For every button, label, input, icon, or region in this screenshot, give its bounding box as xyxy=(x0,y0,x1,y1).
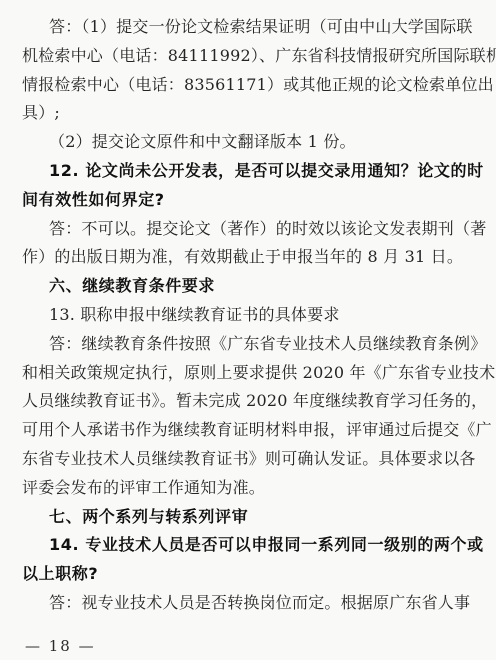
answer-13-line: 评委会发布的评审工作通知为准。 xyxy=(22,474,478,503)
answer-12-line: 作）的出版日期为准，有效期截止于申报当年的 8 月 31 日。 xyxy=(22,243,478,272)
answer-13-line: 东省专业技术人员继续教育证书》则可确认发证。具体要求以各 xyxy=(22,445,478,474)
answer-item-2-line: （2）提交论文原件和中文翻译版本 1 份。 xyxy=(22,128,478,157)
document-page: 答：（1）提交一份论文检索结果证明（可由中山大学国际联 机检索中心（电话：841… xyxy=(0,0,496,660)
answer-13-line: 和相关政策规定执行，原则上要求提供 2020 年《广东省专业技术 xyxy=(22,359,478,388)
document-body: 答：（1）提交一份论文检索结果证明（可由中山大学国际联 机检索中心（电话：841… xyxy=(22,13,478,618)
answer-13-line: 人员继续教育证书》。暂未完成 2020 年度继续教育学习任务的， xyxy=(22,387,478,416)
page-number: — 18 — xyxy=(25,632,96,660)
section-six-heading: 六、继续教育条件要求 xyxy=(22,272,478,301)
answer-12-line: 答：不可以。提交论文（著作）的时效以该论文发表期刊（著 xyxy=(22,215,478,244)
question-14-heading: 以上职称? xyxy=(22,560,478,589)
answer-paragraph-line: 具）; xyxy=(22,99,478,128)
answer-paragraph-line: 情报检索中心（电话：83561171）或其他正规的论文检索单位出 xyxy=(22,71,478,100)
question-14-heading: 14. 专业技术人员是否可以申报同一系列同一级别的两个或 xyxy=(22,531,478,560)
answer-paragraph-line: 答：（1）提交一份论文检索结果证明（可由中山大学国际联 xyxy=(22,13,478,42)
answer-paragraph-line: 机检索中心（电话：84111992）、广东省科技情报研究所国际联机 xyxy=(22,42,478,71)
section-seven-heading: 七、两个系列与转系列评审 xyxy=(22,503,478,532)
answer-14-line: 答：视专业技术人员是否转换岗位而定。根据原广东省人事 xyxy=(22,589,478,618)
answer-13-line: 可用个人承诺书作为继续教育证明材料申报，评审通过后提交《广 xyxy=(22,416,478,445)
question-12-heading: 间有效性如何界定? xyxy=(22,186,478,215)
question-13-heading: 13. 职称申报中继续教育证书的具体要求 xyxy=(22,301,478,330)
question-12-heading: 12. 论文尚未公开发表，是否可以提交录用通知？论文的时 xyxy=(22,157,478,186)
answer-13-line: 答：继续教育条件按照《广东省专业技术人员继续教育条例》 xyxy=(22,330,478,359)
